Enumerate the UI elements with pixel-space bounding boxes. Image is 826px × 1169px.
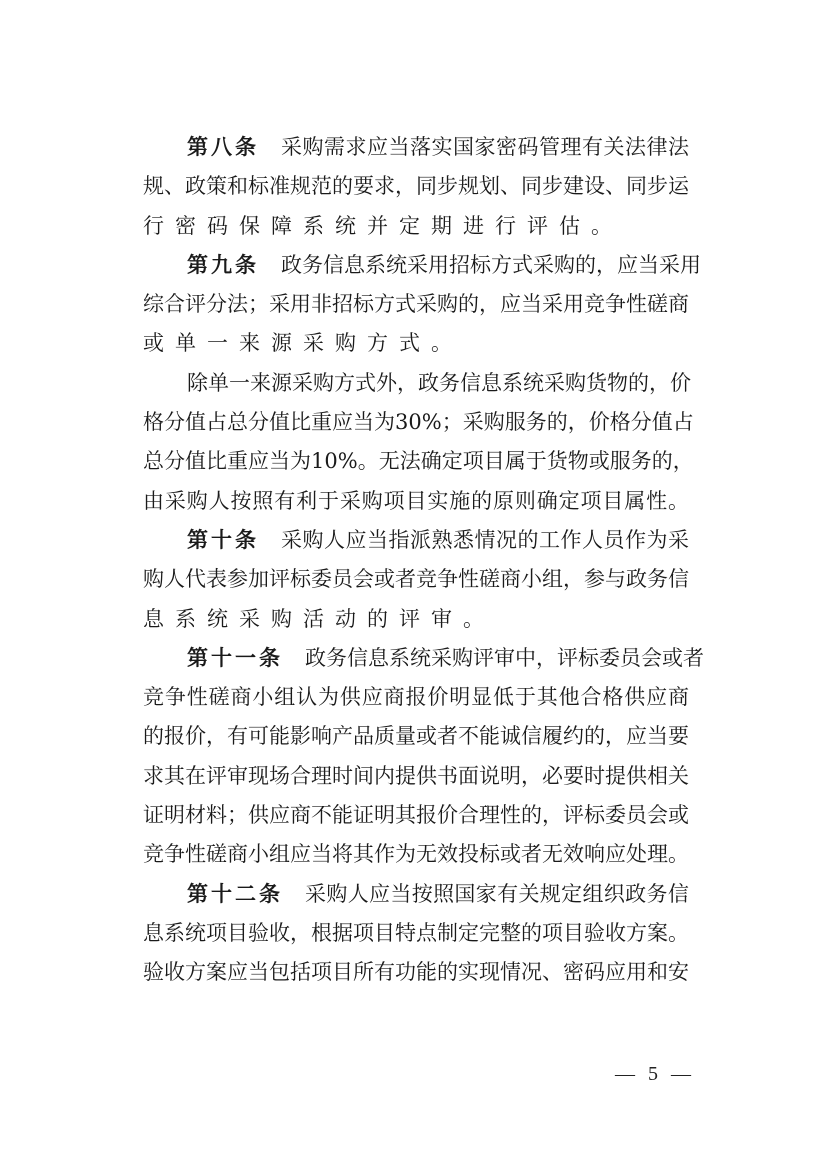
text-line: 规、政策和标准规范的要求，同步规划、同步建设、同步运 <box>143 167 689 206</box>
text-line: 或单一来源采购方式。 <box>143 324 689 363</box>
text-line-row: 的报价，有可能影响产品质量或者不能诚信履约的，应当要 <box>143 717 689 756</box>
text-line: 采购需求应当落实国家密码管理有关法律法 <box>281 128 689 167</box>
text-line: 总分值比重应当为10%。无法确定项目属于货物或服务的， <box>143 442 694 481</box>
text-line-row: 综合评分法；采用非招标方式采购的，应当采用竞争性磋商 <box>143 285 689 324</box>
text-line: 政务信息系统采用招标方式采购的，应当采用 <box>281 246 701 285</box>
document-page: 第八条 采购需求应当落实国家密码管理有关法律法 规、政策和标准规范的要求，同步规… <box>0 0 826 1169</box>
text-line-row: 竞争性磋商小组应当将其作为无效投标或者无效响应处理。 <box>143 835 689 874</box>
text-line: 除单一来源采购方式外，政务信息系统采购货物的，价 <box>187 364 691 403</box>
text-line: 由采购人按照有利于采购项目实施的原则确定项目属性。 <box>143 482 689 521</box>
text-line: 格分值占总分值比重应当为30%；采购服务的，价格分值占 <box>143 403 694 442</box>
text-line-row: 格分值占总分值比重应当为30%；采购服务的，价格分值占 <box>143 403 689 442</box>
text-line: 竞争性磋商小组应当将其作为无效投标或者无效响应处理。 <box>143 835 689 874</box>
text-line-row: 求其在评审现场合理时间内提供书面说明，必要时提供相关 <box>143 757 689 796</box>
article-9-heading-line: 第九条 政务信息系统采用招标方式采购的，应当采用 <box>143 246 689 285</box>
text-line: 求其在评审现场合理时间内提供书面说明，必要时提供相关 <box>143 757 689 796</box>
text-line-row: 或单一来源采购方式。 <box>143 324 689 363</box>
text-line-row: 总分值比重应当为10%。无法确定项目属于货物或服务的， <box>143 442 689 481</box>
text-line: 竞争性磋商小组认为供应商报价明显低于其他合格供应商 <box>143 678 689 717</box>
article-10-heading-line: 第十条 采购人应当指派熟悉情况的工作人员作为采 <box>143 521 689 560</box>
article-number: 第八条 <box>187 128 259 167</box>
article-12-heading-line: 第十二条 采购人应当按照国家有关规定组织政务信 <box>143 875 689 914</box>
body-text: 第八条 采购需求应当落实国家密码管理有关法律法 规、政策和标准规范的要求，同步规… <box>143 128 689 993</box>
text-line: 证明材料；供应商不能证明其报价合理性的，评标委员会或 <box>143 796 689 835</box>
text-line: 验收方案应当包括项目所有功能的实现情况、密码应用和安 <box>143 953 689 992</box>
text-line-row: 息系统采购活动的评审。 <box>143 600 689 639</box>
text-line-row: 竞争性磋商小组认为供应商报价明显低于其他合格供应商 <box>143 678 689 717</box>
text-line-row: 由采购人按照有利于采购项目实施的原则确定项目属性。 <box>143 482 689 521</box>
text-line: 息系统项目验收，根据项目特点制定完整的项目验收方案。 <box>143 914 689 953</box>
text-line-row: 验收方案应当包括项目所有功能的实现情况、密码应用和安 <box>143 953 689 992</box>
article-number: 第十二条 <box>187 875 283 914</box>
text-line: 综合评分法；采用非招标方式采购的，应当采用竞争性磋商 <box>143 285 689 324</box>
text-line-row: 规、政策和标准规范的要求，同步规划、同步建设、同步运 <box>143 167 689 206</box>
paragraph-start-line: 除单一来源采购方式外，政务信息系统采购货物的，价 <box>143 364 689 403</box>
text-line: 息系统采购活动的评审。 <box>143 600 689 639</box>
text-line: 采购人应当指派熟悉情况的工作人员作为采 <box>281 521 689 560</box>
text-line-row: 息系统项目验收，根据项目特点制定完整的项目验收方案。 <box>143 914 689 953</box>
text-line-row: 购人代表参加评标委员会或者竞争性磋商小组，参与政务信 <box>143 560 689 599</box>
article-number: 第十一条 <box>187 639 283 678</box>
text-line-row: 行密码保障系统并定期进行评估。 <box>143 207 689 246</box>
text-line: 政务信息系统采购评审中，评标委员会或者 <box>305 639 704 678</box>
text-line-row: 证明材料；供应商不能证明其报价合理性的，评标委员会或 <box>143 796 689 835</box>
text-line: 购人代表参加评标委员会或者竞争性磋商小组，参与政务信 <box>143 560 689 599</box>
text-line: 行密码保障系统并定期进行评估。 <box>143 207 689 246</box>
page-number: — 5 — <box>615 1063 695 1086</box>
text-line: 采购人应当按照国家有关规定组织政务信 <box>305 875 689 914</box>
article-number: 第十条 <box>187 521 259 560</box>
article-number: 第九条 <box>187 246 259 285</box>
text-line: 的报价，有可能影响产品质量或者不能诚信履约的，应当要 <box>143 717 689 756</box>
article-8-heading-line: 第八条 采购需求应当落实国家密码管理有关法律法 <box>143 128 689 167</box>
article-11-heading-line: 第十一条 政务信息系统采购评审中，评标委员会或者 <box>143 639 689 678</box>
